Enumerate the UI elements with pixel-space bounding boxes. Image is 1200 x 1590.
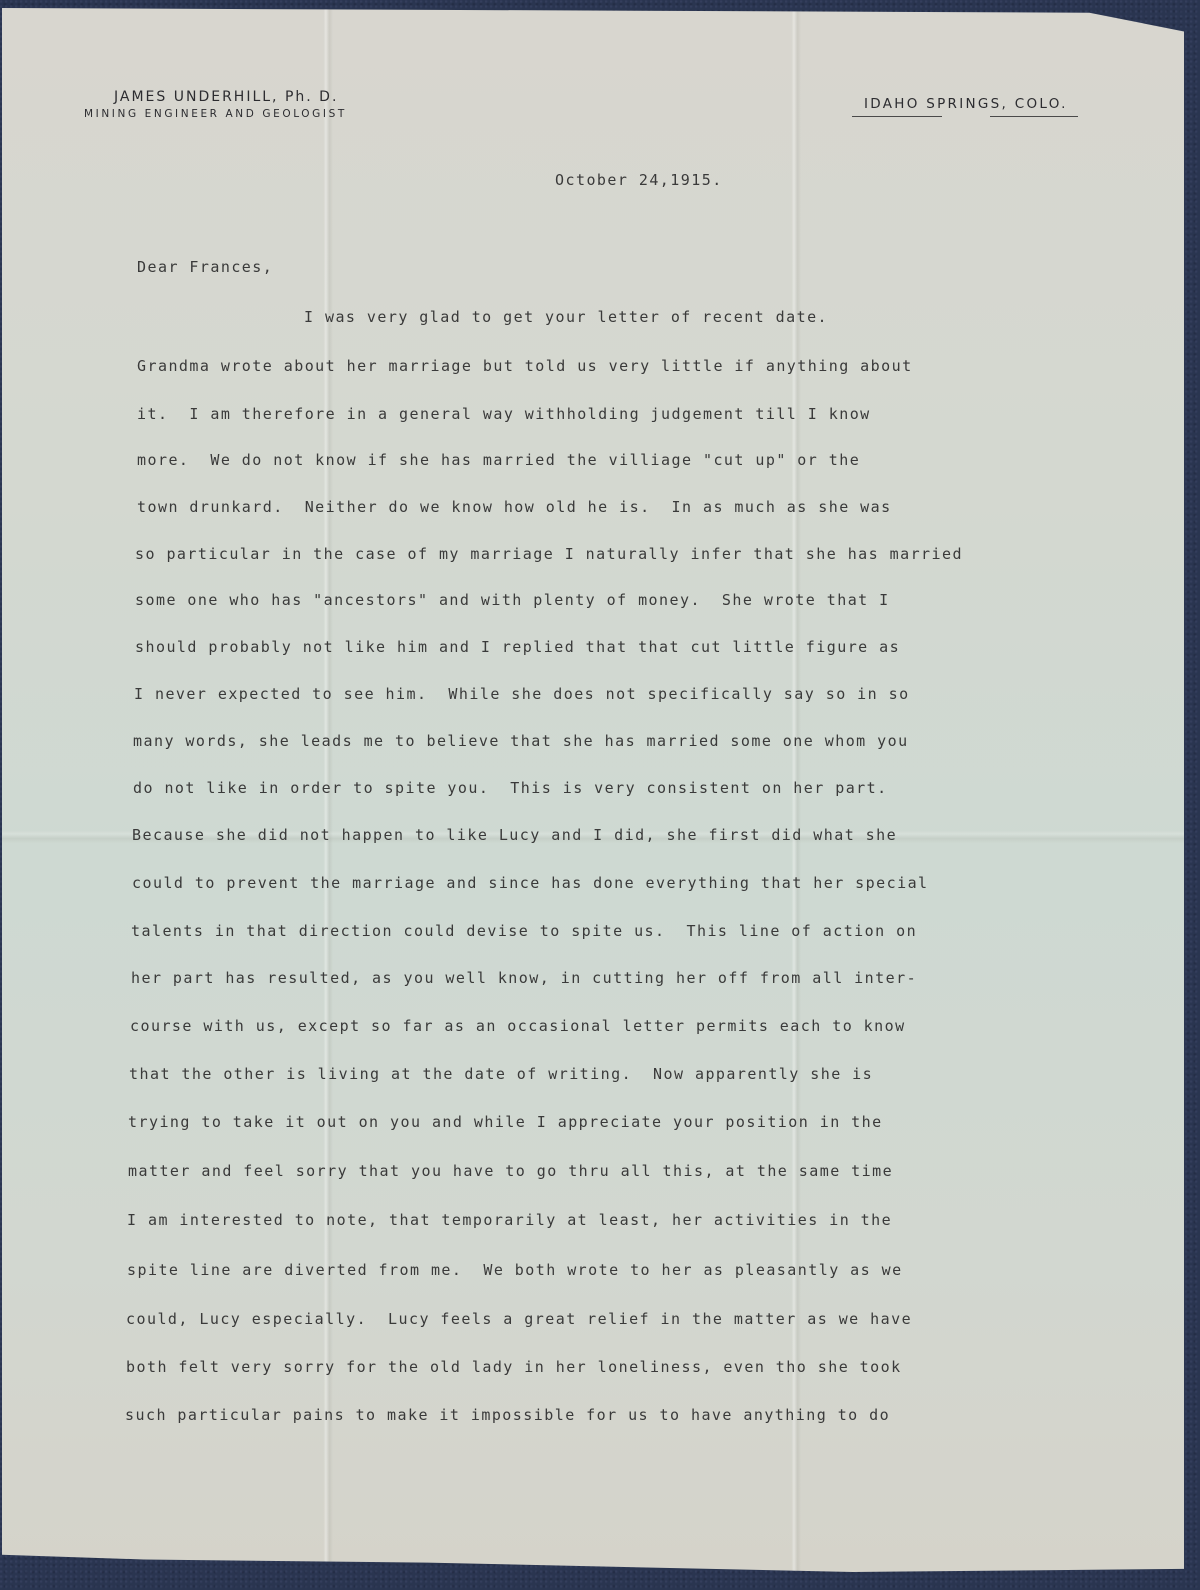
letter-line: some one who has "ancestors" and with pl… — [135, 591, 890, 609]
letter-line: such particular pains to make it impossi… — [125, 1406, 890, 1424]
letter-page: JAMES UNDERHILL, Ph. D. MINING ENGINEER … — [2, 8, 1184, 1572]
letter-line: both felt very sorry for the old lady in… — [126, 1358, 902, 1376]
letter-line: so particular in the case of my marriage… — [135, 545, 963, 563]
letter-line: should probably not like him and I repli… — [135, 638, 900, 656]
letter-line: matter and feel sorry that you have to g… — [128, 1162, 893, 1180]
letter-line: do not like in order to spite you. This … — [133, 779, 888, 797]
letter-line: could, Lucy especially. Lucy feels a gre… — [126, 1310, 912, 1328]
letter-line: many words, she leads me to believe that… — [133, 732, 909, 750]
letter-line: I was very glad to get your letter of re… — [304, 308, 828, 326]
letter-line: Because she did not happen to like Lucy … — [132, 826, 897, 844]
location-underline-right — [990, 116, 1078, 117]
letter-line: more. We do not know if she has married … — [137, 451, 860, 469]
letter-line: trying to take it out on you and while I… — [128, 1113, 883, 1131]
letter-line: could to prevent the marriage and since … — [132, 874, 929, 892]
location-underline-left — [852, 116, 942, 117]
letterhead-location: IDAHO SPRINGS, COLO. — [864, 96, 1068, 112]
letter-line: I never expected to see him. While she d… — [134, 685, 910, 703]
letterhead-sender: JAMES UNDERHILL, Ph. D. MINING ENGINEER … — [84, 88, 347, 122]
letter-line: town drunkard. Neither do we know how ol… — [137, 498, 892, 516]
letter-line: her part has resulted, as you well know,… — [131, 969, 917, 987]
letter-line: spite line are diverted from me. We both… — [127, 1261, 903, 1279]
letter-line: I am interested to note, that temporaril… — [127, 1211, 892, 1229]
sender-name: JAMES UNDERHILL, Ph. D. — [84, 88, 347, 106]
letter-line: talents in that direction could devise t… — [131, 922, 917, 940]
sender-title: MINING ENGINEER AND GEOLOGIST — [84, 106, 347, 122]
letter-line: it. I am therefore in a general way with… — [137, 405, 871, 423]
location-text: IDAHO SPRINGS, COLO. — [864, 96, 1068, 112]
letter-line: Grandma wrote about her marriage but tol… — [137, 357, 913, 375]
letter-date: October 24,1915. — [555, 171, 723, 189]
letter-salutation: Dear Frances, — [137, 258, 273, 276]
letter-line: that the other is living at the date of … — [129, 1065, 873, 1083]
letter-line: course with us, except so far as an occa… — [130, 1017, 906, 1035]
